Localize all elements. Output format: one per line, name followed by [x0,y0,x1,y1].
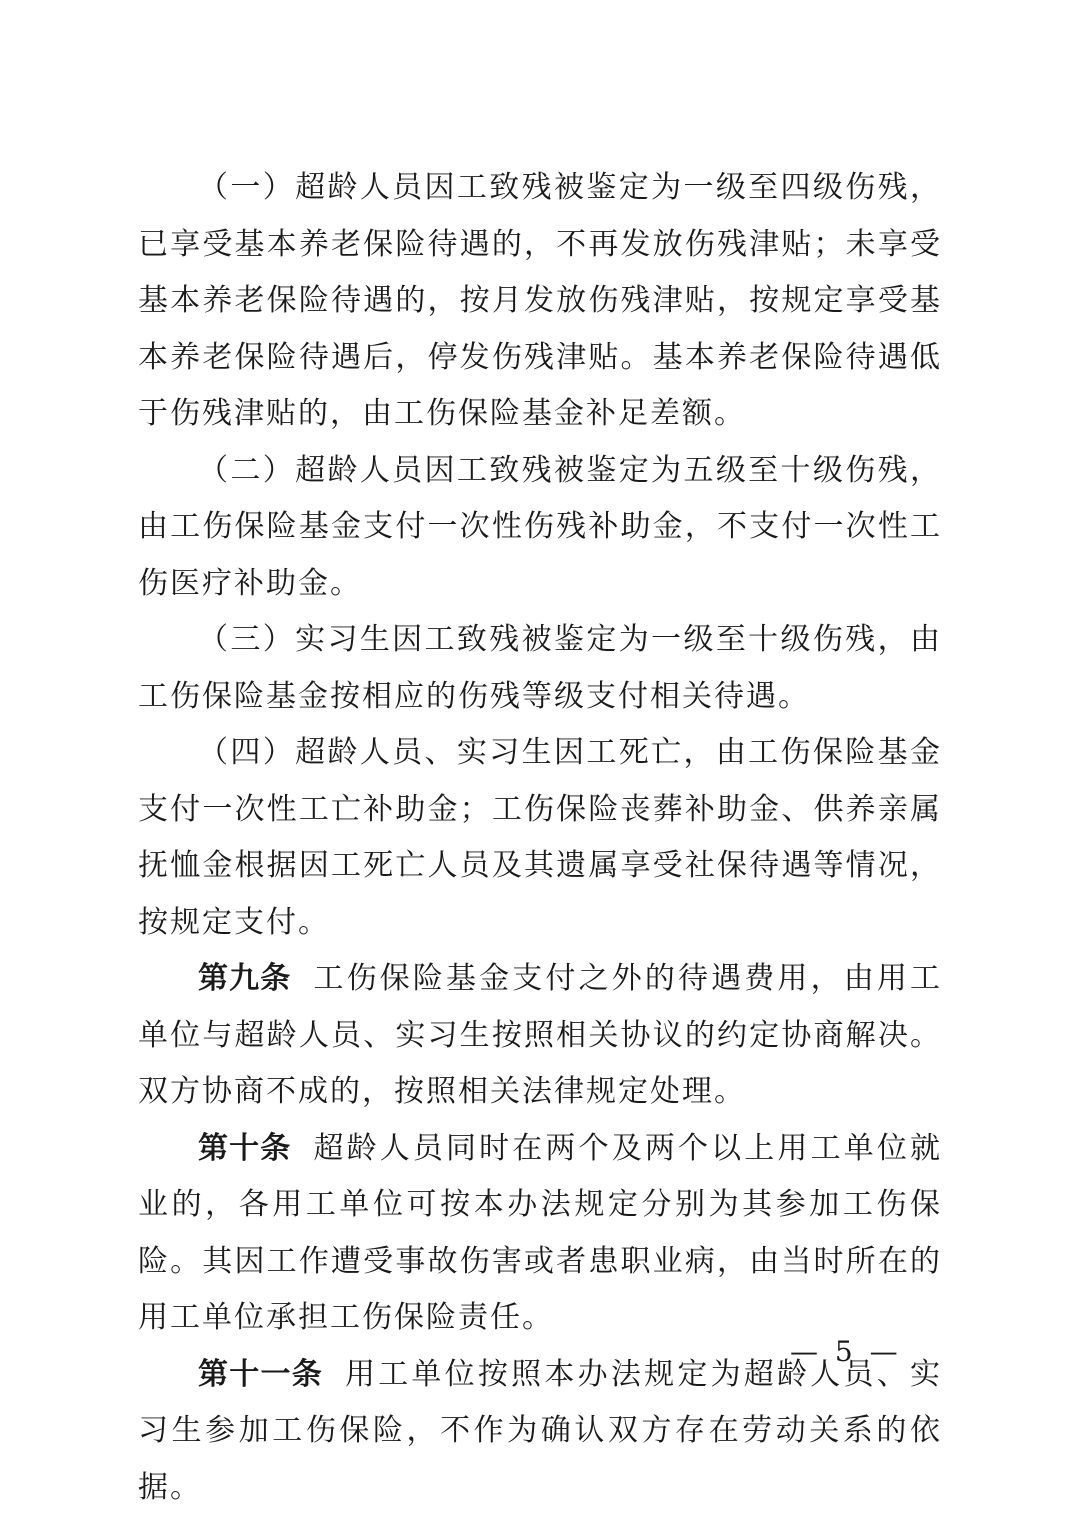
article-heading: 第九条 [198,961,291,996]
paragraph-text: （一）超龄人员因工致残被鉴定为一级至四级伤残，已享受基本养老保险待遇的，不再发放… [138,170,942,431]
article-heading: 第十条 [198,1131,291,1166]
paragraph-text: （四）超龄人员、实习生因工死亡，由工伤保险基金支付一次性工亡补助金；工伤保险丧葬… [138,735,942,940]
document-page: （一）超龄人员因工致残被鉴定为一级至四级伤残，已享受基本养老保险待遇的，不再发放… [138,160,942,1516]
paragraph-item-3: （三）实习生因工致残被鉴定为一级至十级伤残，由工伤保险基金按相应的伤残等级支付相… [138,612,942,725]
article-11: 第十一条用工单位按照本办法规定为超龄人员、实习生参加工伤保险，不作为确认双方存在… [138,1347,942,1517]
article-heading: 第十一条 [198,1357,323,1392]
paragraph-item-1: （一）超龄人员因工致残被鉴定为一级至四级伤残，已享受基本养老保险待遇的，不再发放… [138,160,942,443]
paragraph-text: （二）超龄人员因工致残被鉴定为五级至十级伤残，由工伤保险基金支付一次性伤残补助金… [138,453,942,601]
article-10: 第十条超龄人员同时在两个及两个以上用工单位就业的，各用工单位可按本办法规定分别为… [138,1121,942,1347]
article-9: 第九条工伤保险基金支付之外的待遇费用，由用工单位与超龄人员、实习生按照相关协议的… [138,951,942,1121]
paragraph-text: （三）实习生因工致残被鉴定为一级至十级伤残，由工伤保险基金按相应的伤残等级支付相… [138,622,942,714]
paragraph-item-2: （二）超龄人员因工致残被鉴定为五级至十级伤残，由工伤保险基金支付一次性伤残补助金… [138,443,942,613]
page-number: — 5 — [790,1335,902,1368]
paragraph-item-4: （四）超龄人员、实习生因工死亡，由工伤保险基金支付一次性工亡补助金；工伤保险丧葬… [138,725,942,951]
